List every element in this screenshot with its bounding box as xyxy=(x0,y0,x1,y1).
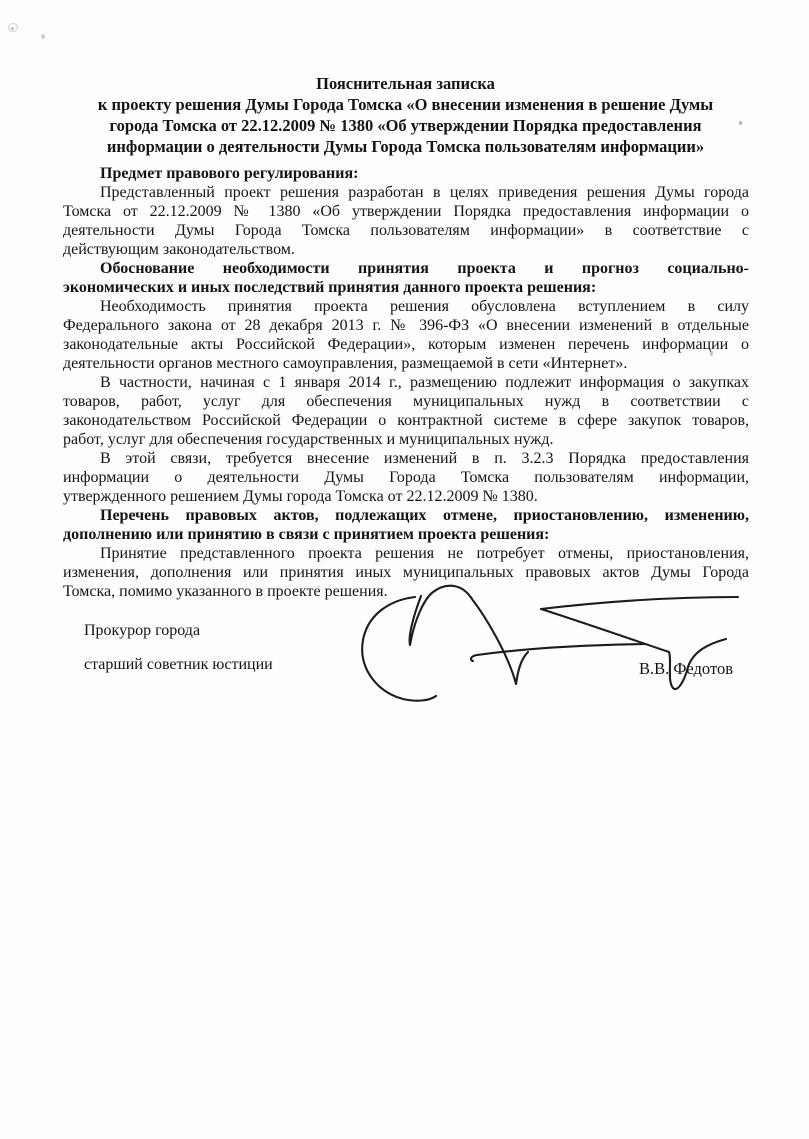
body-line: Необходимость принятия проекта решения о… xyxy=(63,297,749,316)
body-line: Представленный проект решения разработан… xyxy=(63,183,749,202)
title-line: к проекту решения Думы Города Томска «О … xyxy=(62,94,749,115)
body-line: деятельности органов местного самоуправл… xyxy=(63,354,749,373)
body-line: товаров, работ, услуг для обеспечения му… xyxy=(63,392,749,411)
body-line: утвержденного решением Думы города Томск… xyxy=(63,487,749,506)
body-line: В этой связи, требуется внесение изменен… xyxy=(63,449,749,468)
document-page: Пояснительная записка к проекту решения … xyxy=(0,0,809,1139)
body-line: Федерального закона от 28 декабря 2013 г… xyxy=(63,316,749,335)
section-heading-line: Предмет правового регулирования: xyxy=(63,164,749,183)
signatory-position-line-2: старший советник юстиции xyxy=(84,656,273,674)
scan-speckle xyxy=(11,27,14,30)
body-line: деятельности Думы Города Томска пользова… xyxy=(63,221,749,240)
signature-strokes xyxy=(362,586,738,701)
body-line: информации о деятельности Думы Города То… xyxy=(63,468,749,487)
title-line: города Томска от 22.12.2009 № 1380 «Об у… xyxy=(62,115,749,136)
title-line: Пояснительная записка xyxy=(62,73,749,94)
document-title: Пояснительная записка к проекту решения … xyxy=(62,73,749,157)
signatory-name: В.В. Федотов xyxy=(639,659,733,679)
body-line: законодательством Российской Федерации о… xyxy=(63,411,749,430)
body-line: изменения, дополнения или принятия иных … xyxy=(63,563,749,582)
body-line: Томска, помимо указанного в проекте реше… xyxy=(63,582,749,601)
signatory-position-line-1: Прокурор города xyxy=(84,622,200,640)
section-heading-line: Перечень правовых актов, подлежащих отме… xyxy=(63,506,749,525)
title-line: информации о деятельности Думы Города То… xyxy=(62,136,749,157)
section-heading-line: дополнению или принятию в связи с принят… xyxy=(63,525,749,544)
body-line: работ, услуг для обеспечения государстве… xyxy=(63,430,749,449)
document-body: Предмет правового регулирования: Предста… xyxy=(63,164,749,601)
scan-speckle xyxy=(41,34,45,39)
body-line: Томска от 22.12.2009 № 1380 «Об утвержде… xyxy=(63,202,749,221)
body-line: законодательные акты Российской Федераци… xyxy=(63,335,749,354)
body-line: В частности, начиная с 1 января 2014 г.,… xyxy=(63,373,749,392)
body-line: действующим законодательством. xyxy=(63,240,749,259)
section-heading-line: экономических и иных последствий приняти… xyxy=(63,278,749,297)
body-line: Принятие представленного проекта решения… xyxy=(63,544,749,563)
section-heading-line: Обоснование необходимости принятия проек… xyxy=(63,259,749,278)
